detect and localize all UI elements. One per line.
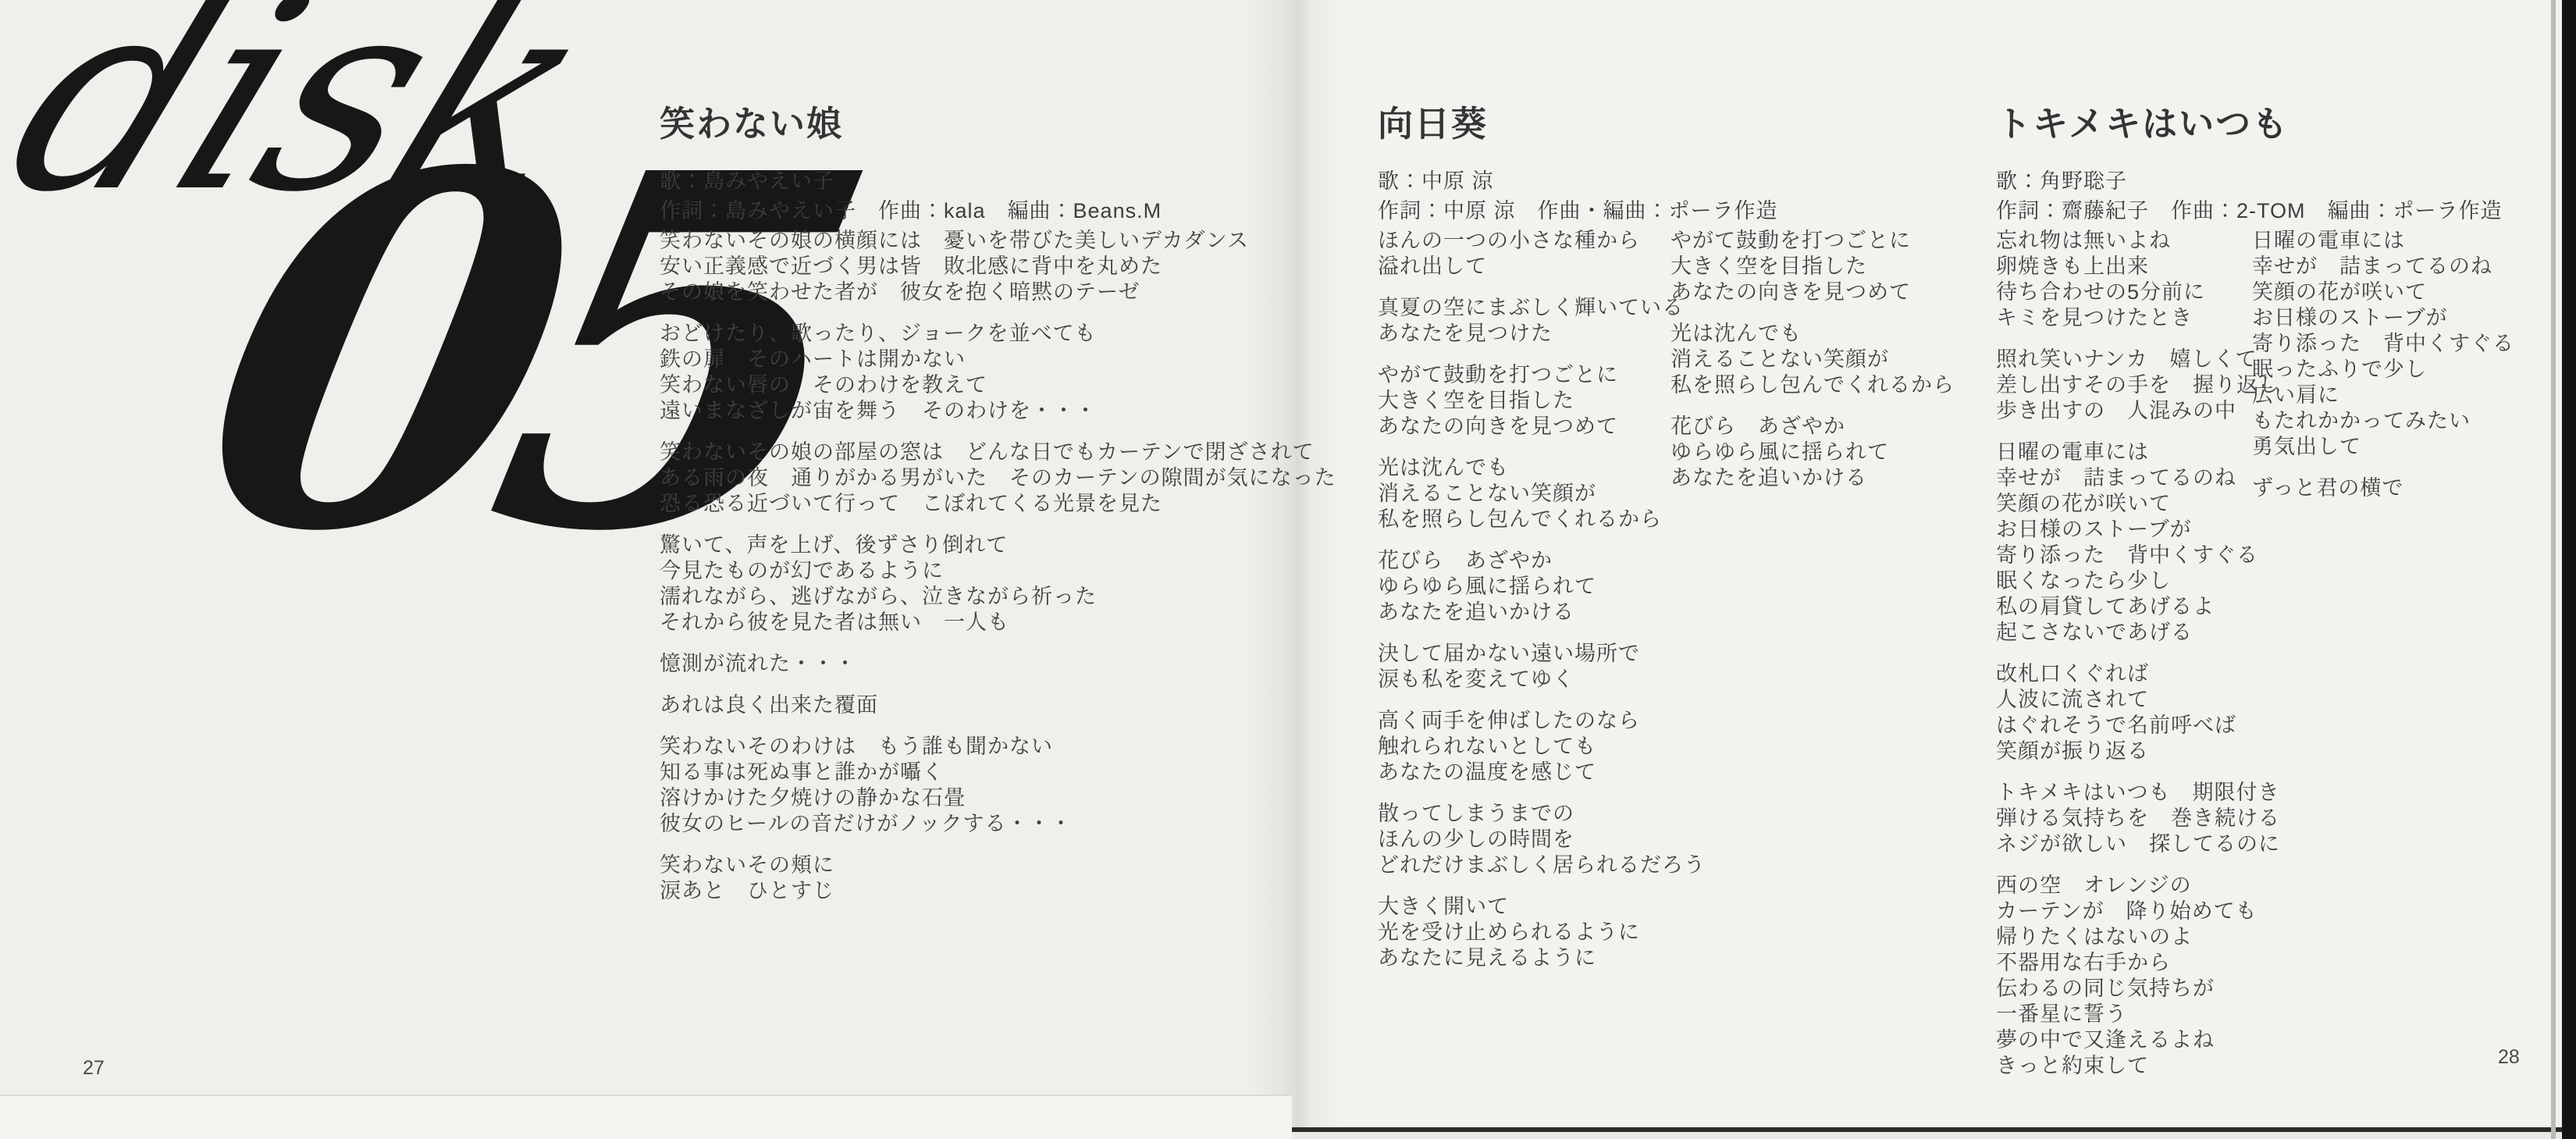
lyrics-line: 大きく空を目指した — [1670, 254, 1955, 279]
lyrics-line: 消えることない笑顔が — [1378, 481, 1706, 507]
lyrics-line: 笑わないその頬に — [660, 852, 1336, 878]
lyrics-line: 笑わないその娘の横顔には 憂いを帯びた美しいデカダンス — [660, 228, 1336, 254]
song1-staff-credit: 作詞：島みやえい子 作曲：kala 編曲：Beans.M — [660, 196, 1162, 226]
lyrics-line: 花びら あざやか — [1378, 548, 1706, 574]
lyrics-line: 幸せが 詰まってるのね — [1996, 465, 2280, 491]
song2-title: 向日葵 — [1378, 95, 1778, 146]
lyrics-line: 改札口くぐれば — [1996, 661, 2280, 687]
lyrics-line: あれは良く出来た覆面 — [660, 692, 1336, 718]
song2-vocal-credit: 歌：中原 涼 — [1378, 166, 1778, 196]
lyrics-stanza: 日曜の電車には幸せが 詰まってるのね笑顔の花が咲いてお日様のストーブが寄り添った… — [2252, 228, 2514, 460]
lyrics-line: あなたに見えるように — [1378, 945, 1706, 971]
lyrics-line: 不器用な右手から — [1996, 950, 2280, 976]
lyrics-line: きっと約束して — [1996, 1053, 2280, 1079]
lyrics-line: 日曜の電車には — [1996, 440, 2280, 465]
lyrics-line: 笑わない唇の そのわけを教えて — [660, 372, 1336, 398]
lyrics-line: 涙も私を変えてゆく — [1378, 667, 1706, 692]
song3-lyrics-column-2: 日曜の電車には幸せが 詰まってるのね笑顔の花が咲いてお日様のストーブが寄り添った… — [2252, 228, 2514, 517]
lyrics-stanza: 高く両手を伸ばしたのなら触れられないとしてもあなたの温度を感じて — [1378, 708, 1706, 785]
lyrics-line: あなたを追いかける — [1670, 465, 1955, 491]
lyrics-line: 笑顔の花が咲いて — [2252, 279, 2514, 305]
lyrics-line: 伝わるの同じ気持ちが — [1996, 976, 2280, 1002]
scan-edge-right-bar — [2562, 0, 2576, 1139]
lyrics-line: 恐る恐る近づいて行って こぼれてくる光景を見た — [660, 491, 1336, 517]
lyrics-stanza: ほんの一つの小さな種から溢れ出して — [1378, 228, 1706, 279]
scan-edge-right-line — [2551, 0, 2556, 1139]
song1-vocal-credit: 歌：島みやえい子 — [660, 166, 1162, 196]
lyrics-line: 溢れ出して — [1378, 254, 1706, 279]
lyrics-stanza: 花びら あざやかゆらゆら風に揺られてあなたを追いかける — [1378, 548, 1706, 625]
song3-credits: 歌：角野聡子 作詞：齋藤紀子 作曲：2-TOM 編曲：ポーラ作造 — [1996, 166, 2503, 226]
lyrics-line: 日曜の電車には — [2252, 228, 2514, 254]
lyrics-line: もたれかかってみたい — [2252, 408, 2514, 434]
lyrics-stanza: 決して届かない遠い場所で涙も私を変えてゆく — [1378, 641, 1706, 692]
lyrics-line: 幸せが 詰まってるのね — [2252, 254, 2514, 279]
lyrics-stanza: 改札口くぐれば人波に流されてはぐれそうで名前呼べば笑顔が振り返る — [1996, 661, 2280, 764]
lyrics-line: 高く両手を伸ばしたのなら — [1378, 708, 1706, 734]
song1-header: 笑わない娘 歌：島みやえい子 作詞：島みやえい子 作曲：kala 編曲：Bean… — [660, 95, 1162, 226]
lyrics-line: やがて鼓動を打つごとに — [1670, 228, 1955, 254]
lyrics-stanza: 散ってしまうまでのほんの少しの時間をどれだけまぶしく居られるだろう — [1378, 801, 1706, 878]
lyrics-line: 夢の中で又逢えるよね — [1996, 1027, 2280, 1053]
lyrics-stanza: 驚いて、声を上げ、後ずさり倒れて今見たものが幻であるように濡れながら、逃げながら… — [660, 532, 1336, 635]
lyrics-stanza: 大きく開いて光を受け止められるようにあなたに見えるように — [1378, 894, 1706, 971]
lyrics-line: 照れ笑いナンカ 嬉しくて — [1996, 347, 2280, 372]
song2-header: 向日葵 歌：中原 涼 作詞：中原 涼 作曲・編曲：ポーラ作造 — [1378, 95, 1778, 226]
lyrics-line: 光は沈んでも — [1378, 455, 1706, 481]
lyrics-line: 散ってしまうまでの — [1378, 801, 1706, 827]
lyrics-line: 人波に流されて — [1996, 687, 2280, 713]
lyrics-line: ほんの少しの時間を — [1378, 827, 1706, 852]
lyrics-stanza: 照れ笑いナンカ 嬉しくて差し出すその手を 握り返し歩き出すの 人混みの中 — [1996, 347, 2280, 424]
page-number-left: 27 — [83, 1057, 105, 1080]
lyrics-line: 眠くなったら少し — [1996, 568, 2280, 594]
lyrics-line: 花びら あざやか — [1670, 414, 1955, 440]
lyrics-stanza: トキメキはいつも 期限付き弾ける気持ちを 巻き続けるネジが欲しい 探してるのに — [1996, 780, 2280, 857]
lyrics-line: 歩き出すの 人混みの中 — [1996, 398, 2280, 424]
lyrics-stanza: やがて鼓動を打つごとに大きく空を目指したあなたの向きを見つめて — [1670, 228, 1955, 305]
lyrics-line: 大きく開いて — [1378, 894, 1706, 920]
lyrics-line: 知る事は死ぬ事と誰かが囁く — [660, 760, 1336, 785]
lyrics-line: 卵焼きも上出来 — [1996, 254, 2280, 279]
lyrics-line: 笑わないそのわけは もう誰も聞かない — [660, 734, 1336, 760]
song3-staff-credit: 作詞：齋藤紀子 作曲：2-TOM 編曲：ポーラ作造 — [1996, 196, 2503, 226]
lyrics-line: 弾ける気持ちを 巻き続ける — [1996, 806, 2280, 831]
lyrics-line: 大きく空を目指した — [1378, 388, 1706, 414]
song1-credits: 歌：島みやえい子 作詞：島みやえい子 作曲：kala 編曲：Beans.M — [660, 166, 1162, 226]
lyrics-line: トキメキはいつも 期限付き — [1996, 780, 2280, 806]
lyrics-line: お日様のストーブが — [1996, 517, 2280, 543]
lyrics-line: ゆらゆら風に揺られて — [1670, 440, 1955, 465]
lyrics-line: カーテンが 降り始めても — [1996, 899, 2280, 924]
lyrics-stanza: 光は沈んでも消えることない笑顔が私を照らし包んでくれるから — [1670, 321, 1955, 398]
song2-staff-credit: 作詞：中原 涼 作曲・編曲：ポーラ作造 — [1378, 196, 1778, 226]
lyrics-line: 私を照らし包んでくれるから — [1670, 372, 1955, 398]
lyrics-line: それから彼を見た者は無い 一人も — [660, 610, 1336, 635]
lyrics-line: 笑顔が振り返る — [1996, 739, 2280, 764]
lyrics-line: 彼女のヒールの音だけがノックする・・・ — [660, 811, 1336, 837]
lyrics-line: 決して届かない遠い場所で — [1378, 641, 1706, 667]
lyrics-line: あなたの向きを見つめて — [1670, 279, 1955, 305]
lyrics-line: 憶測が流れた・・・ — [660, 651, 1336, 677]
lyrics-line: キミを見つけたとき — [1996, 305, 2280, 331]
lyrics-line: お日様のストーブが — [2252, 305, 2514, 331]
song3-lyrics-column-1: 忘れ物は無いよね卵焼きも上出来待ち合わせの5分前にキミを見つけたとき照れ笑いナン… — [1996, 228, 2280, 1095]
lyrics-line: あなたを追いかける — [1378, 600, 1706, 625]
lyrics-stanza: あれは良く出来た覆面 — [660, 692, 1336, 718]
lyrics-stanza: 真夏の空にまぶしく輝いているあなたを見つけた — [1378, 295, 1706, 347]
lyrics-line: 光を受け止められるように — [1378, 920, 1706, 945]
lyrics-stanza: 花びら あざやかゆらゆら風に揺られてあなたを追いかける — [1670, 414, 1955, 491]
lyrics-stanza: 笑わないその頬に涙あと ひとすじ — [660, 852, 1336, 904]
lyrics-line: ネジが欲しい 探してるのに — [1996, 831, 2280, 857]
song1-title: 笑わない娘 — [660, 95, 1162, 146]
lyrics-stanza: 光は沈んでも消えることない笑顔が私を照らし包んでくれるから — [1378, 455, 1706, 532]
page-number-right: 28 — [2498, 1046, 2520, 1069]
lyrics-line: 笑わないその娘の部屋の窓は どんな日でもカーテンで閉ざされて — [660, 440, 1336, 465]
lyrics-line: 帰りたくはないのよ — [1996, 924, 2280, 950]
lyrics-line: 私を照らし包んでくれるから — [1378, 507, 1706, 532]
lyrics-line: 消えることない笑顔が — [1670, 347, 1955, 372]
lyrics-line: 溶けかけた夕焼けの静かな石畳 — [660, 785, 1336, 811]
lyrics-line: 真夏の空にまぶしく輝いている — [1378, 295, 1706, 321]
lyrics-stanza: おどけたり、歌ったり、ジョークを並べても鉄の扉 そのハートは開かない笑わない唇の… — [660, 321, 1336, 424]
lyrics-line: 今見たものが幻であるように — [660, 558, 1336, 584]
lyrics-line: 遠いまなざしが宙を舞う そのわけを・・・ — [660, 398, 1336, 424]
booklet-spread: disk 05 笑わない娘 歌：島みやえい子 作詞：島みやえい子 作曲：kala… — [0, 0, 2576, 1139]
lyrics-line: 差し出すその手を 握り返し — [1996, 372, 2280, 398]
lyrics-line: 濡れながら、逃げながら、泣きながら祈った — [660, 584, 1336, 610]
song2-lyrics-column-1: ほんの一つの小さな種から溢れ出して真夏の空にまぶしく輝いているあなたを見つけたや… — [1378, 228, 1706, 987]
song2-credits: 歌：中原 涼 作詞：中原 涼 作曲・編曲：ポーラ作造 — [1378, 166, 1778, 226]
scan-margin-bottom-right — [1292, 1132, 2576, 1139]
lyrics-stanza: 憶測が流れた・・・ — [660, 651, 1336, 677]
lyrics-line: 驚いて、声を上げ、後ずさり倒れて — [660, 532, 1336, 558]
lyrics-line: 寄り添った 背中くすぐる — [2252, 331, 2514, 357]
lyrics-line: 光は沈んでも — [1670, 321, 1955, 347]
lyrics-line: 触れられないとしても — [1378, 734, 1706, 760]
lyrics-line: 笑顔の花が咲いて — [1996, 491, 2280, 517]
lyrics-line: ゆらゆら風に揺られて — [1378, 574, 1706, 600]
lyrics-line: 眠ったふりで少し — [2252, 357, 2514, 383]
lyrics-line: ずっと君の横で — [2252, 475, 2514, 501]
lyrics-line: 起こさないであげる — [1996, 620, 2280, 646]
lyrics-stanza: やがて鼓動を打つごとに大きく空を目指したあなたの向きを見つめて — [1378, 362, 1706, 440]
lyrics-line: はぐれそうで名前呼べば — [1996, 713, 2280, 739]
lyrics-line: 涙あと ひとすじ — [660, 878, 1336, 904]
lyrics-line: 一番星に誓う — [1996, 1002, 2280, 1027]
lyrics-line: 私の肩貸してあげるよ — [1996, 594, 2280, 620]
song2-lyrics-column-2: やがて鼓動を打つごとに大きく空を目指したあなたの向きを見つめて光は沈んでも消える… — [1670, 228, 1955, 507]
lyrics-line: 安い正義感で近づく男は皆 敗北感に背中を丸めた — [660, 254, 1336, 279]
lyrics-line: あなたの温度を感じて — [1378, 760, 1706, 785]
lyrics-line: あなたを見つけた — [1378, 321, 1706, 347]
lyrics-line: おどけたり、歌ったり、ジョークを並べても — [660, 321, 1336, 347]
lyrics-line: 忘れ物は無いよね — [1996, 228, 2280, 254]
song3-vocal-credit: 歌：角野聡子 — [1996, 166, 2503, 196]
scan-margin-bottom-left — [0, 1096, 1292, 1139]
lyrics-line: ほんの一つの小さな種から — [1378, 228, 1706, 254]
lyrics-stanza: 日曜の電車には幸せが 詰まってるのね笑顔の花が咲いてお日様のストーブが寄り添った… — [1996, 440, 2280, 646]
lyrics-line: ある雨の夜 通りがかる男がいた そのカーテンの隙間が気になった — [660, 465, 1336, 491]
lyrics-line: どれだけまぶしく居られるだろう — [1378, 852, 1706, 878]
lyrics-stanza: ずっと君の横で — [2252, 475, 2514, 501]
song3-title: トキメキはいつも — [1996, 95, 2503, 146]
lyrics-line: 勇気出して — [2252, 434, 2514, 460]
lyrics-line: やがて鼓動を打つごとに — [1378, 362, 1706, 388]
lyrics-line: あなたの向きを見つめて — [1378, 414, 1706, 440]
lyrics-stanza: 笑わないその娘の横顔には 憂いを帯びた美しいデカダンス安い正義感で近づく男は皆 … — [660, 228, 1336, 305]
lyrics-line: その娘を笑わせた者が 彼女を抱く暗黙のテーゼ — [660, 279, 1336, 305]
lyrics-line: 鉄の扉 そのハートは開かない — [660, 347, 1336, 372]
lyrics-line: 寄り添った 背中くすぐる — [1996, 543, 2280, 568]
lyrics-line: 広い肩に — [2252, 383, 2514, 408]
lyrics-line: 待ち合わせの5分前に — [1996, 279, 2280, 305]
song3-header: トキメキはいつも 歌：角野聡子 作詞：齋藤紀子 作曲：2-TOM 編曲：ポーラ作… — [1996, 95, 2503, 226]
lyrics-line: 西の空 オレンジの — [1996, 873, 2280, 899]
song1-lyrics-column-1: 笑わないその娘の横顔には 憂いを帯びた美しいデカダンス安い正義感で近づく男は皆 … — [660, 228, 1336, 920]
lyrics-stanza: 西の空 オレンジのカーテンが 降り始めても帰りたくはないのよ不器用な右手から伝わ… — [1996, 873, 2280, 1079]
lyrics-stanza: 笑わないその娘の部屋の窓は どんな日でもカーテンで閉ざされてある雨の夜 通りがか… — [660, 440, 1336, 517]
lyrics-stanza: 笑わないそのわけは もう誰も聞かない知る事は死ぬ事と誰かが囁く溶けかけた夕焼けの… — [660, 734, 1336, 837]
lyrics-stanza: 忘れ物は無いよね卵焼きも上出来待ち合わせの5分前にキミを見つけたとき — [1996, 228, 2280, 331]
